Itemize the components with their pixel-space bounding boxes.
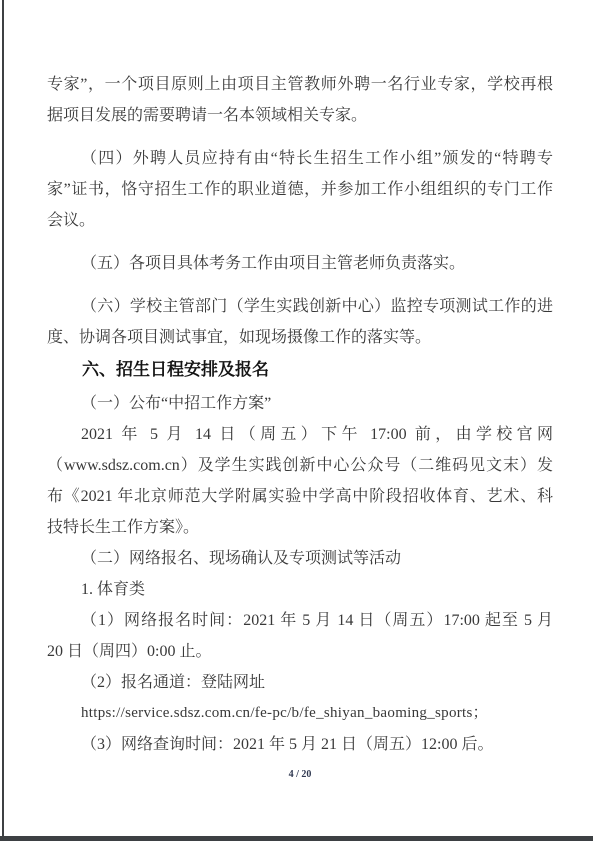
text-line: 1. 体育类	[47, 574, 553, 605]
document-content: 专家”，一个项目原则上由项目主管教师外聘一名行业专家，学校再根据项目发展的需要聘…	[47, 69, 553, 785]
text-line: 20 日（周四）0:00 止。	[47, 636, 553, 667]
page-left-edge	[2, 0, 4, 841]
text-line: 布《2021 年北京师范大学附属实验中学高中阶段招收体育、艺术、科	[47, 481, 553, 512]
text-line: （3）网络查询时间：2021 年 5 月 21 日（周五）12:00 后。	[47, 729, 553, 760]
text-line: （一）公布“中招工作方案”	[47, 388, 553, 419]
section-heading: 六、招生日程安排及报名	[47, 353, 553, 386]
text-line: 2021 年 5 月 14 日（周五）下午 17:00 前，由学校官网	[47, 419, 553, 450]
text-line: （2）报名通道：登陆网址	[47, 667, 553, 698]
text-line: （六）学校主管部门（学生实践创新中心）监控专项测试工作的进	[47, 291, 553, 322]
document-body: 专家”，一个项目原则上由项目主管教师外聘一名行业专家，学校再根据项目发展的需要聘…	[47, 69, 553, 760]
text-line: 会议。	[47, 205, 553, 236]
text-line: 家”证书，恪守招生工作的职业道德，并参加工作小组组织的专门工作	[47, 174, 553, 205]
text-line: （www.sdsz.com.cn）及学生实践创新中心公众号（二维码见文末）发	[47, 450, 553, 481]
page-number: 4 / 20	[47, 765, 553, 785]
text-line: （1）网络报名时间：2021 年 5 月 14 日（周五）17:00 起至 5 …	[47, 605, 553, 636]
document-page: 专家”，一个项目原则上由项目主管教师外聘一名行业专家，学校再根据项目发展的需要聘…	[0, 0, 593, 841]
text-line: （四）外聘人员应持有由“特长生招生工作小组”颁发的“特聘专	[47, 143, 553, 174]
text-line: 据项目发展的需要聘请一名本领域相关专家。	[47, 100, 553, 131]
text-line: 技特长生工作方案》。	[47, 512, 553, 543]
text-line: （五）各项目具体考务工作由项目主管老师负责落实。	[47, 248, 553, 279]
text-line: （二）网络报名、现场确认及专项测试等活动	[47, 543, 553, 574]
url-text: https://service.sdsz.com.cn/fe-pc/b/fe_s…	[47, 698, 553, 729]
page-bottom-edge	[0, 836, 593, 841]
text-line: 度、协调各项目测试事宜，如现场摄像工作的落实等。	[47, 322, 553, 353]
text-line: 专家”，一个项目原则上由项目主管教师外聘一名行业专家，学校再根	[47, 69, 553, 100]
